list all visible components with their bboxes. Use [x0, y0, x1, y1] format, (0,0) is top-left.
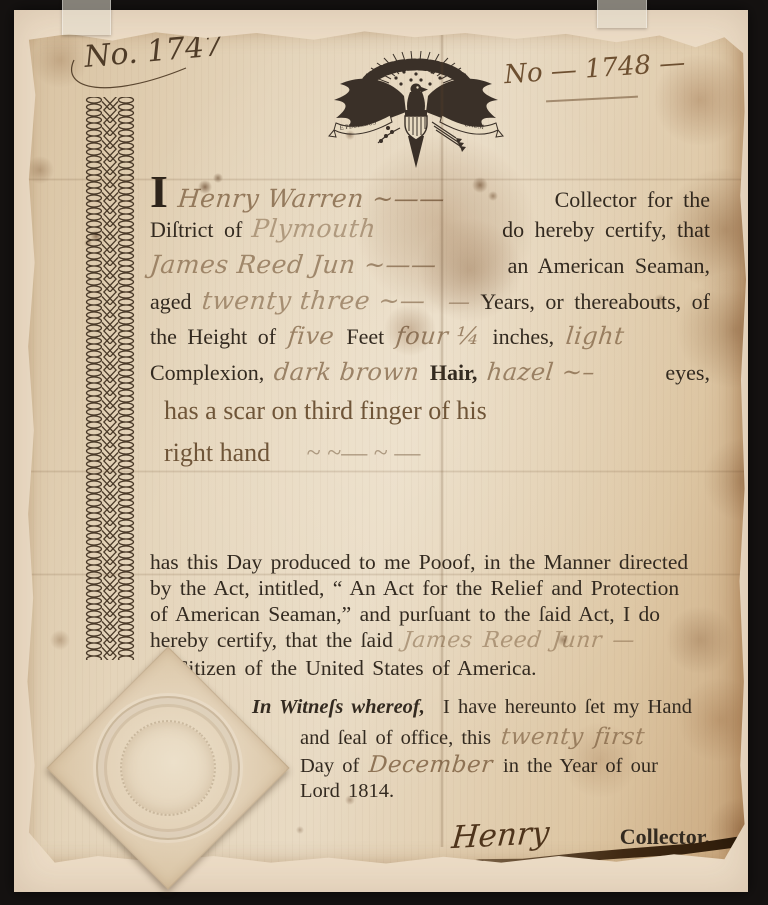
line-age: aged twenty three ~— — Years, or thereab… [150, 286, 710, 315]
printed-day-of: Day of [300, 755, 359, 778]
drop-cap: I [150, 176, 168, 208]
line-complexion: Complexion, dark brown Hair, hazel ~– ey… [150, 358, 710, 386]
printed-district-of: Diſtrict of [150, 217, 242, 243]
hw-seaman-name: James Reed Jun ~—— [148, 250, 438, 279]
printed-year-of-our: in the Year of our [503, 755, 658, 778]
printed-citizen-line: Citizen of the United States of America. [150, 656, 734, 681]
printed-feet: Feet [346, 324, 384, 350]
line-height: the Height of five Feet four ¼ inches, l… [150, 322, 710, 350]
printed-para-line-3: of American Seaman,” and purſuant to the… [150, 602, 710, 627]
hw-district: Plymouth [251, 214, 378, 243]
hw-inches: four ¼ [395, 322, 482, 350]
printed-in-witness: In Witneſs whereof, [252, 696, 425, 718]
tape-strip-left [62, 0, 111, 35]
printed-certify: do hereby certify, that [502, 217, 710, 243]
printed-hereunto: I have hereunto ſet my Hand [443, 696, 692, 718]
printed-said: hereby certify, that the ſaid [150, 628, 393, 653]
witness-line-1: In Witneſs whereof, I have hereunto ſet … [150, 696, 768, 719]
eagle-emblem-icon: E PLURIBUS UNUM [326, 32, 506, 182]
hw-scar-flourish: ~ ~— ~ — [307, 438, 421, 467]
certificate-number-right: No — 1748 — [503, 48, 686, 91]
printed-aged: aged [150, 289, 192, 315]
line-seaman-name: James Reed Jun ~—— an American Seaman, [150, 250, 710, 279]
hw-collector-name: Henry Warren ~—— [176, 184, 446, 213]
hw-feet: five [287, 322, 336, 350]
printed-collector: Collector for the [555, 187, 710, 213]
hw-hair-color: dark brown [273, 358, 422, 386]
printed-american-seaman: an American Seaman, [508, 253, 710, 279]
number-flourish [66, 54, 216, 106]
hw-eye-color: hazel ~– [486, 358, 597, 386]
guilloche-border-icon [85, 97, 135, 660]
printed-inches: inches, [492, 324, 554, 350]
printed-complexion: Complexion, [150, 360, 264, 386]
hw-day-number: twenty first [500, 724, 647, 750]
line-district: Diſtrict of Plymouth do hereby certify, … [150, 214, 710, 243]
hw-said-name: James Reed Junr — [402, 628, 637, 653]
hw-scar-line-1: has a scar on third finger of his [164, 396, 487, 426]
printed-seal-of-office: and ſeal of office, this [300, 727, 491, 750]
hw-scar-line-2: right hand ~ ~— ~ — [164, 438, 420, 468]
hw-age-dash: — [447, 290, 472, 315]
hw-age: twenty three ~— [200, 286, 427, 315]
tape-strip-right [597, 0, 647, 28]
photograph-background: E PLURIBUS UNUM No. 1747 No — 1748 — I H… [0, 0, 768, 905]
seal-inner-ring [100, 700, 236, 836]
printed-height-of: the Height of [150, 324, 276, 350]
printed-para-line-1: has this Day produced to me Pooof, in th… [150, 550, 710, 575]
hw-complexion: light [565, 322, 626, 350]
printed-hair: Hair, [430, 360, 477, 386]
printed-para-line-2: by the Act, intitled, “ An Act for the R… [150, 576, 710, 601]
line-collector: I Henry Warren ~—— Collector for the [150, 176, 710, 213]
hw-month: December [368, 752, 494, 778]
printed-eyes: eyes, [665, 360, 710, 386]
hw-scar-text: right hand [164, 438, 270, 467]
number-right-underline [546, 96, 638, 103]
printed-para-line-4: hereby certify, that the ſaid James Reed… [150, 628, 710, 653]
printed-years: Years, or thereabouts, of [480, 289, 710, 315]
